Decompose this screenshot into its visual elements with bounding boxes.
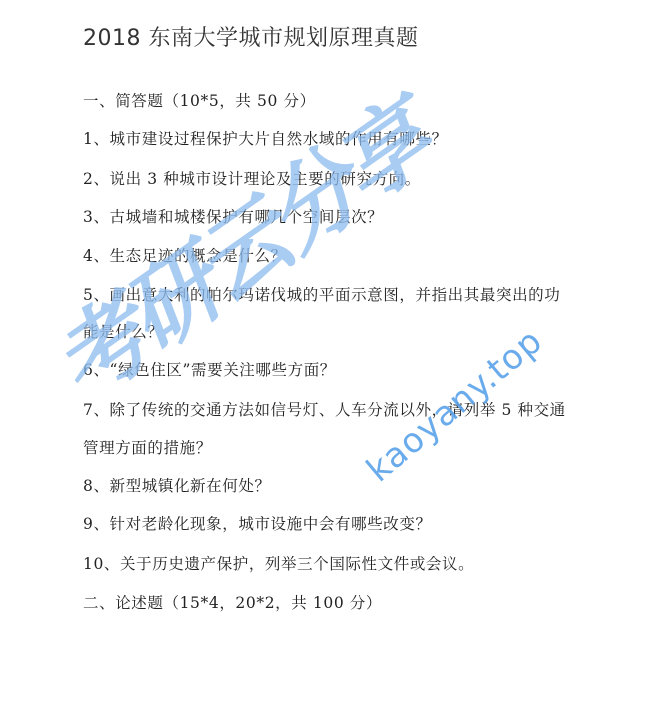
question-1: 1、城市建设过程保护大片自然水域的作用有哪些？ bbox=[83, 129, 448, 149]
question-2: 2、说出 3 种城市设计理论及主要的研究方向。 bbox=[83, 169, 421, 189]
question-4: 4、生态足迹的概念是什么？ bbox=[83, 246, 287, 266]
question-6: 6、“绿色住区”需要关注哪些方面？ bbox=[83, 360, 336, 380]
section-heading-essay: 二、论述题（15*4，20*2，共 100 分） bbox=[83, 593, 382, 613]
question-7: 7、除了传统的交通方法如信号灯、人车分流以外，请列举 5 种交通 bbox=[83, 400, 566, 420]
question-7-continued: 管理方面的措施？ bbox=[83, 438, 212, 458]
question-9: 9、针对老龄化现象，城市设施中会有哪些改变？ bbox=[83, 514, 432, 534]
document-page: 2018 东南大学城市规划原理真题 一、简答题（10*5，共 50 分） 1、城… bbox=[0, 0, 658, 721]
question-8: 8、新型城镇化新在何处？ bbox=[83, 476, 271, 496]
section-heading-short-answer: 一、简答题（10*5，共 50 分） bbox=[83, 91, 316, 111]
question-5-continued: 能是什么？ bbox=[83, 322, 164, 342]
question-5: 5、画出意大利的帕尔玛诺伐城的平面示意图，并指出其最突出的功 bbox=[83, 285, 560, 305]
document-title: 2018 东南大学城市规划原理真题 bbox=[83, 21, 418, 52]
question-3: 3、古城墙和城楼保护有哪几个空间层次？ bbox=[83, 207, 383, 227]
question-10: 10、关于历史遗产保护，列举三个国际性文件或会议。 bbox=[83, 554, 474, 574]
